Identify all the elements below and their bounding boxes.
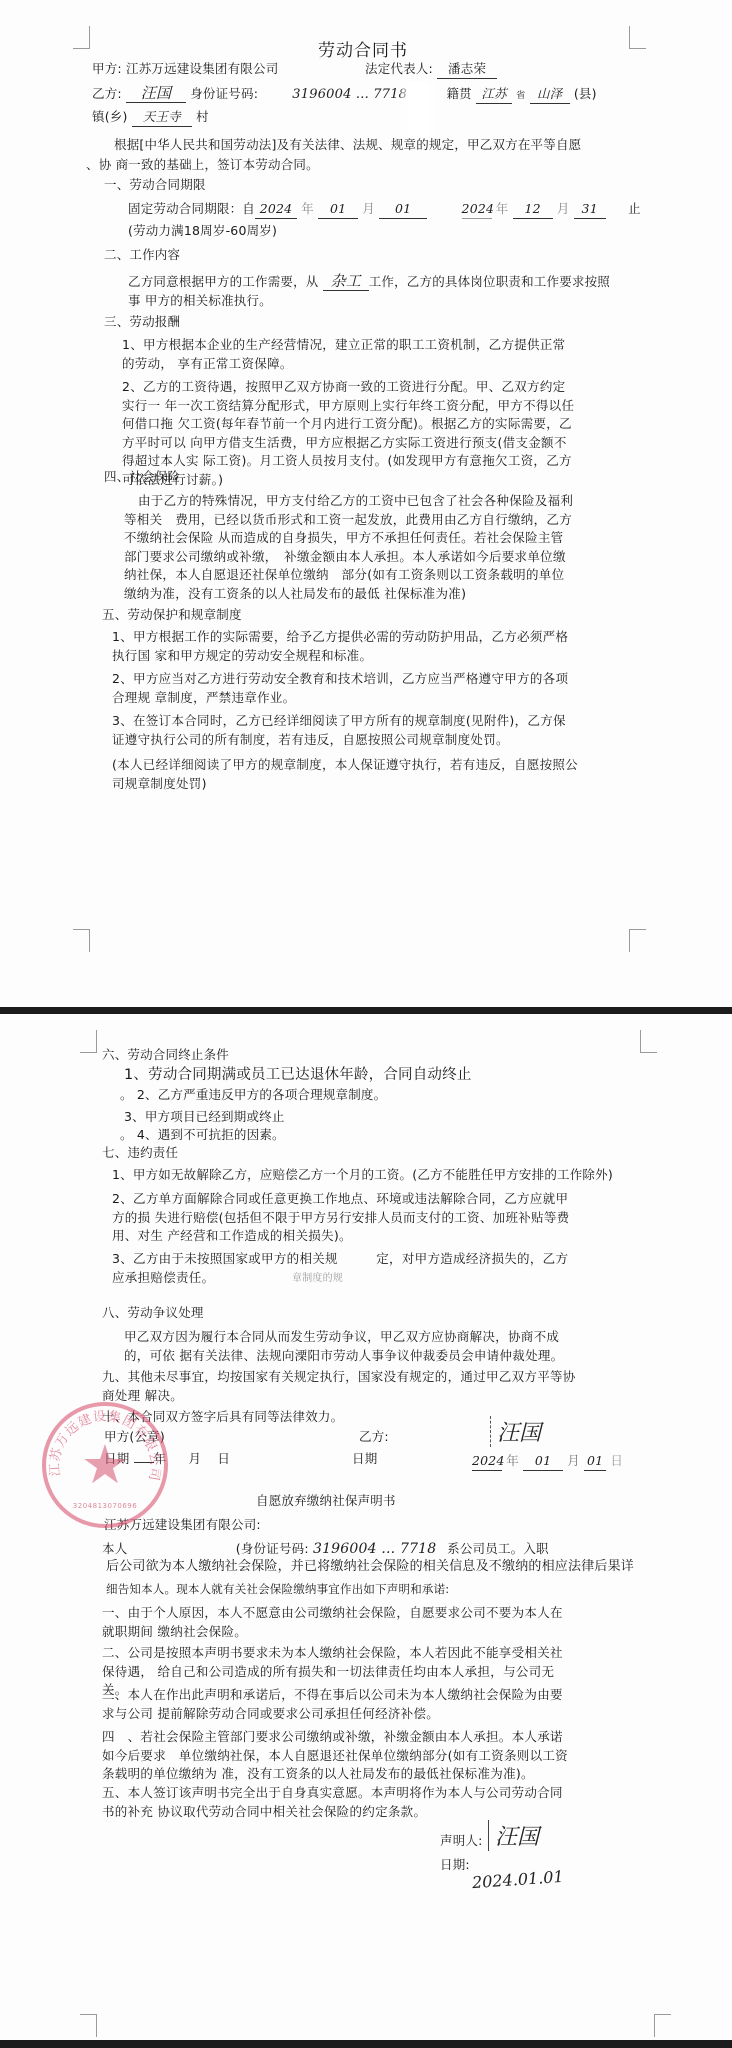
town-label: 镇(乡) [92,109,128,124]
stamp-number: 3204813070696 [46,1502,164,1510]
termination-item-2: 。 2、乙方严重违反甲方的各项合理规章制度。 [120,1086,386,1104]
section-7-heading: 七、违约责任 [102,1144,178,1162]
province-suffix: 省 [516,91,525,101]
legal-rep-value: 潘志荣 [437,60,497,79]
crop-mark [80,2014,97,2037]
start-day: 01 [379,200,427,219]
intro-line-1: 根据[中华人民共和国劳动法]及有关法律、法规、规章的规定，甲乙双方在平等自愿 [114,136,581,154]
breach-item-1: 1、甲方如无故解除乙方，应赔偿乙方一个月的工资。(乙方不能胜任甲方安排的工作除外… [112,1166,613,1184]
job-handwritten: 杂工 [323,272,369,291]
document-title: 劳动合同书 [318,36,408,61]
breach-item-2: 2、乙方单方面解除合同或任意更换工作地点、环境或违法解除合同，乙方应就甲方的损 … [112,1190,572,1246]
origin-county: 山泽 [530,85,570,104]
protection-note: (本人已经详细阅读了甲方的规章制度，本人保证遵守执行，若有违反，自愿按照公司规章… [112,756,578,793]
crop-mark [654,2014,671,2037]
village-suffix: 村 [196,109,209,124]
protection-item-3: 3、在签订本合同时，乙方已经详细阅读了甲方所有的规章制度(见附件)，乙方保证遵守… [112,712,572,749]
declaration-intro-2: 细告知本人。现本人就有关社会保险缴纳事宜作出如下声明和承诺: [106,1580,449,1598]
town-value: 天王寺 [132,108,192,127]
contract-page-2: 六、劳动合同终止条件 1、劳动合同期满或员工已达退休年龄，合同自动终止 。 2、… [0,1014,732,2040]
declaration-item-4: 四 、若社会保险主管部门要求公司缴纳或补缴，补缴金额由本人承担。本人承诺如今后要… [102,1728,568,1784]
party-a-value: 江苏万远建设集团有限公司 [126,61,278,76]
section-1-heading: 一、劳动合同期限 [104,176,206,194]
declaration-item-5: 五、本人签订该声明书完全出于自身真实意愿。本声明将作为本人与公司劳动合同书的补充… [102,1784,568,1821]
declaration-item-1: 一、由于个人原因，本人不愿意由公司缴纳社会保险，自愿要求公司不要为本人在就职期间… [102,1604,568,1641]
party-b-label: 乙方: [92,86,122,101]
party-b-day: 01 [584,1452,606,1471]
section-9-text: 九、其他未尽事宜，均按国家有关规定执行，国家没有规定的，通过甲乙双方平等协商处理… [102,1368,578,1405]
declaration-intro-1: 后公司欲为本人缴纳社会保险，并已将缴纳社会保险的相关信息及不缴纳的相应法律后果详 [106,1558,634,1576]
month-label: 月 [362,201,375,216]
declaration-date-handwritten: 2024.01.01 [471,1867,564,1892]
work-content-line-2: 事 甲方的相关标准执行。 [128,292,272,310]
contract-page-1: 劳动合同书 甲方: 江苏万远建设集团有限公司 法定代表人: 潘志荣 乙方: 汪国… [0,0,732,1007]
end-year: 2024 [462,200,492,219]
party-a-row: 甲方: 江苏万远建设集团有限公司 [92,60,278,78]
declaration-item-3: 三、本人在作出此声明和承诺后，不得在事后以公司未为本人缴纳社会保险为由要求与公司… [102,1686,568,1723]
section-5-heading: 五、劳动保护和规章制度 [102,606,242,624]
crop-mark [73,929,90,952]
id-label: 身份证号码: [190,86,258,101]
party-b-row: 乙方: 汪国 身份证号码: 3196004 ... 7718 籍贯 江苏 省 山… [92,84,597,105]
section-2-heading: 二、工作内容 [104,246,180,264]
protection-item-1: 1、甲方根据工作的实际需要，给予乙方提供必需的劳动防护用品，乙方必须严格执行国 … [112,628,572,665]
party-b-year: 2024 [472,1452,502,1471]
end-month: 12 [513,200,553,219]
declaration-id-value: 3196004 ... 7718 [313,1540,443,1558]
declaration-date-label: 日期: [440,1856,470,1874]
year-label: 年 [496,201,509,216]
county-suffix: (县) [574,86,597,101]
star-icon: ★ [81,1438,129,1492]
legal-rep-label: 法定代表人: [365,61,433,76]
intro-line-2: 、协 商一致的基础上，签订本劳动合同。 [86,156,319,174]
social-insurance-body: 由于乙方的特殊情况，甲方支付给乙方的工资中已包含了社会各种保险及福利等相关 费用… [124,492,576,603]
party-a-label: 甲方: [92,61,122,76]
end-label: 止 [628,201,641,216]
pay-item-2: 2、乙方的工资待遇，按照甲乙双方协商一致的工资进行分配。甲、乙双方约定实行一 年… [122,378,576,489]
section-3-heading: 三、劳动报酬 [104,313,180,331]
party-b-date-label: 日期 [352,1450,377,1468]
month-label: 月 [557,201,570,216]
party-b-month: 01 [523,1452,563,1471]
declaration-id-row: 本人 (身份证号码: 3196004 ... 7718 系公司员工。入职 [102,1540,549,1558]
crop-mark [629,26,646,49]
section-8-heading: 八、劳动争议处理 [102,1304,204,1322]
work-content-line-1: 乙方同意根据甲方的工作需要，从 杂工工作，乙方的具体岗位职责和工作要求按照 [128,272,610,291]
party-b-sign-label: 乙方: [359,1428,389,1446]
legal-rep-row: 法定代表人: 潘志荣 [365,60,497,79]
origin-province: 江苏 [476,85,512,104]
declarant-label: 声明人: [440,1832,483,1850]
party-b-signature: 汪国 [490,1416,541,1447]
party-b-date-row: 2024 年 01 月 01 日 [472,1452,623,1471]
termination-item-1: 1、劳动合同期满或员工已达退休年龄，合同自动终止 [124,1066,472,1084]
declarant-signature: 汪国 [488,1820,539,1851]
term-label: 固定劳动合同期限：自 [128,201,255,216]
origin-label: 籍贯 [446,86,471,101]
crop-mark [629,929,646,952]
declaration-title: 自愿放弃缴纳社保声明书 [256,1492,396,1510]
section-4-heading: 四、社会保险 [104,468,180,486]
town-row: 镇(乡) 天王寺 村 [92,108,209,127]
party-b-name: 汪国 [126,84,186,103]
redaction-mask [400,82,436,142]
crop-mark [73,26,90,49]
faded-overlay-text: 章制度的规 [292,1270,343,1288]
end-day: 31 [574,200,606,219]
start-month: 01 [318,200,358,219]
year-label: 年 [301,201,314,216]
crop-mark [640,1030,657,1053]
section-6-heading: 六、劳动合同终止条件 [102,1046,229,1064]
termination-item-4: 。 4、遇到不可抗拒的因素。 [120,1126,285,1144]
age-note: (劳动力满18周岁-60周岁) [128,222,277,240]
protection-item-2: 2、甲方应当对乙方进行劳动安全教育和技术培训，乙方应当严格遵守甲方的各项合理规 … [112,670,572,707]
pay-item-1: 1、甲方根据本企业的生产经营情况，建立正常的职工工资机制，乙方提供正常的劳动， … [122,336,576,373]
dispute-body: 甲乙双方因为履行本合同从而发生劳动争议，甲乙双方应协商解决，协商不成的，可依 据… [124,1328,576,1365]
company-seal-stamp: 江苏万远建设集团有限公司 ★ 3204813070696 [42,1402,168,1528]
termination-item-3: 3、甲方项目已经到期或终止 [124,1108,285,1126]
start-year: 2024 [255,200,297,219]
crop-mark [80,1030,97,1053]
term-row: 固定劳动合同期限：自2024 年 01 月 01 2024 年 12 月 31 … [128,200,641,219]
